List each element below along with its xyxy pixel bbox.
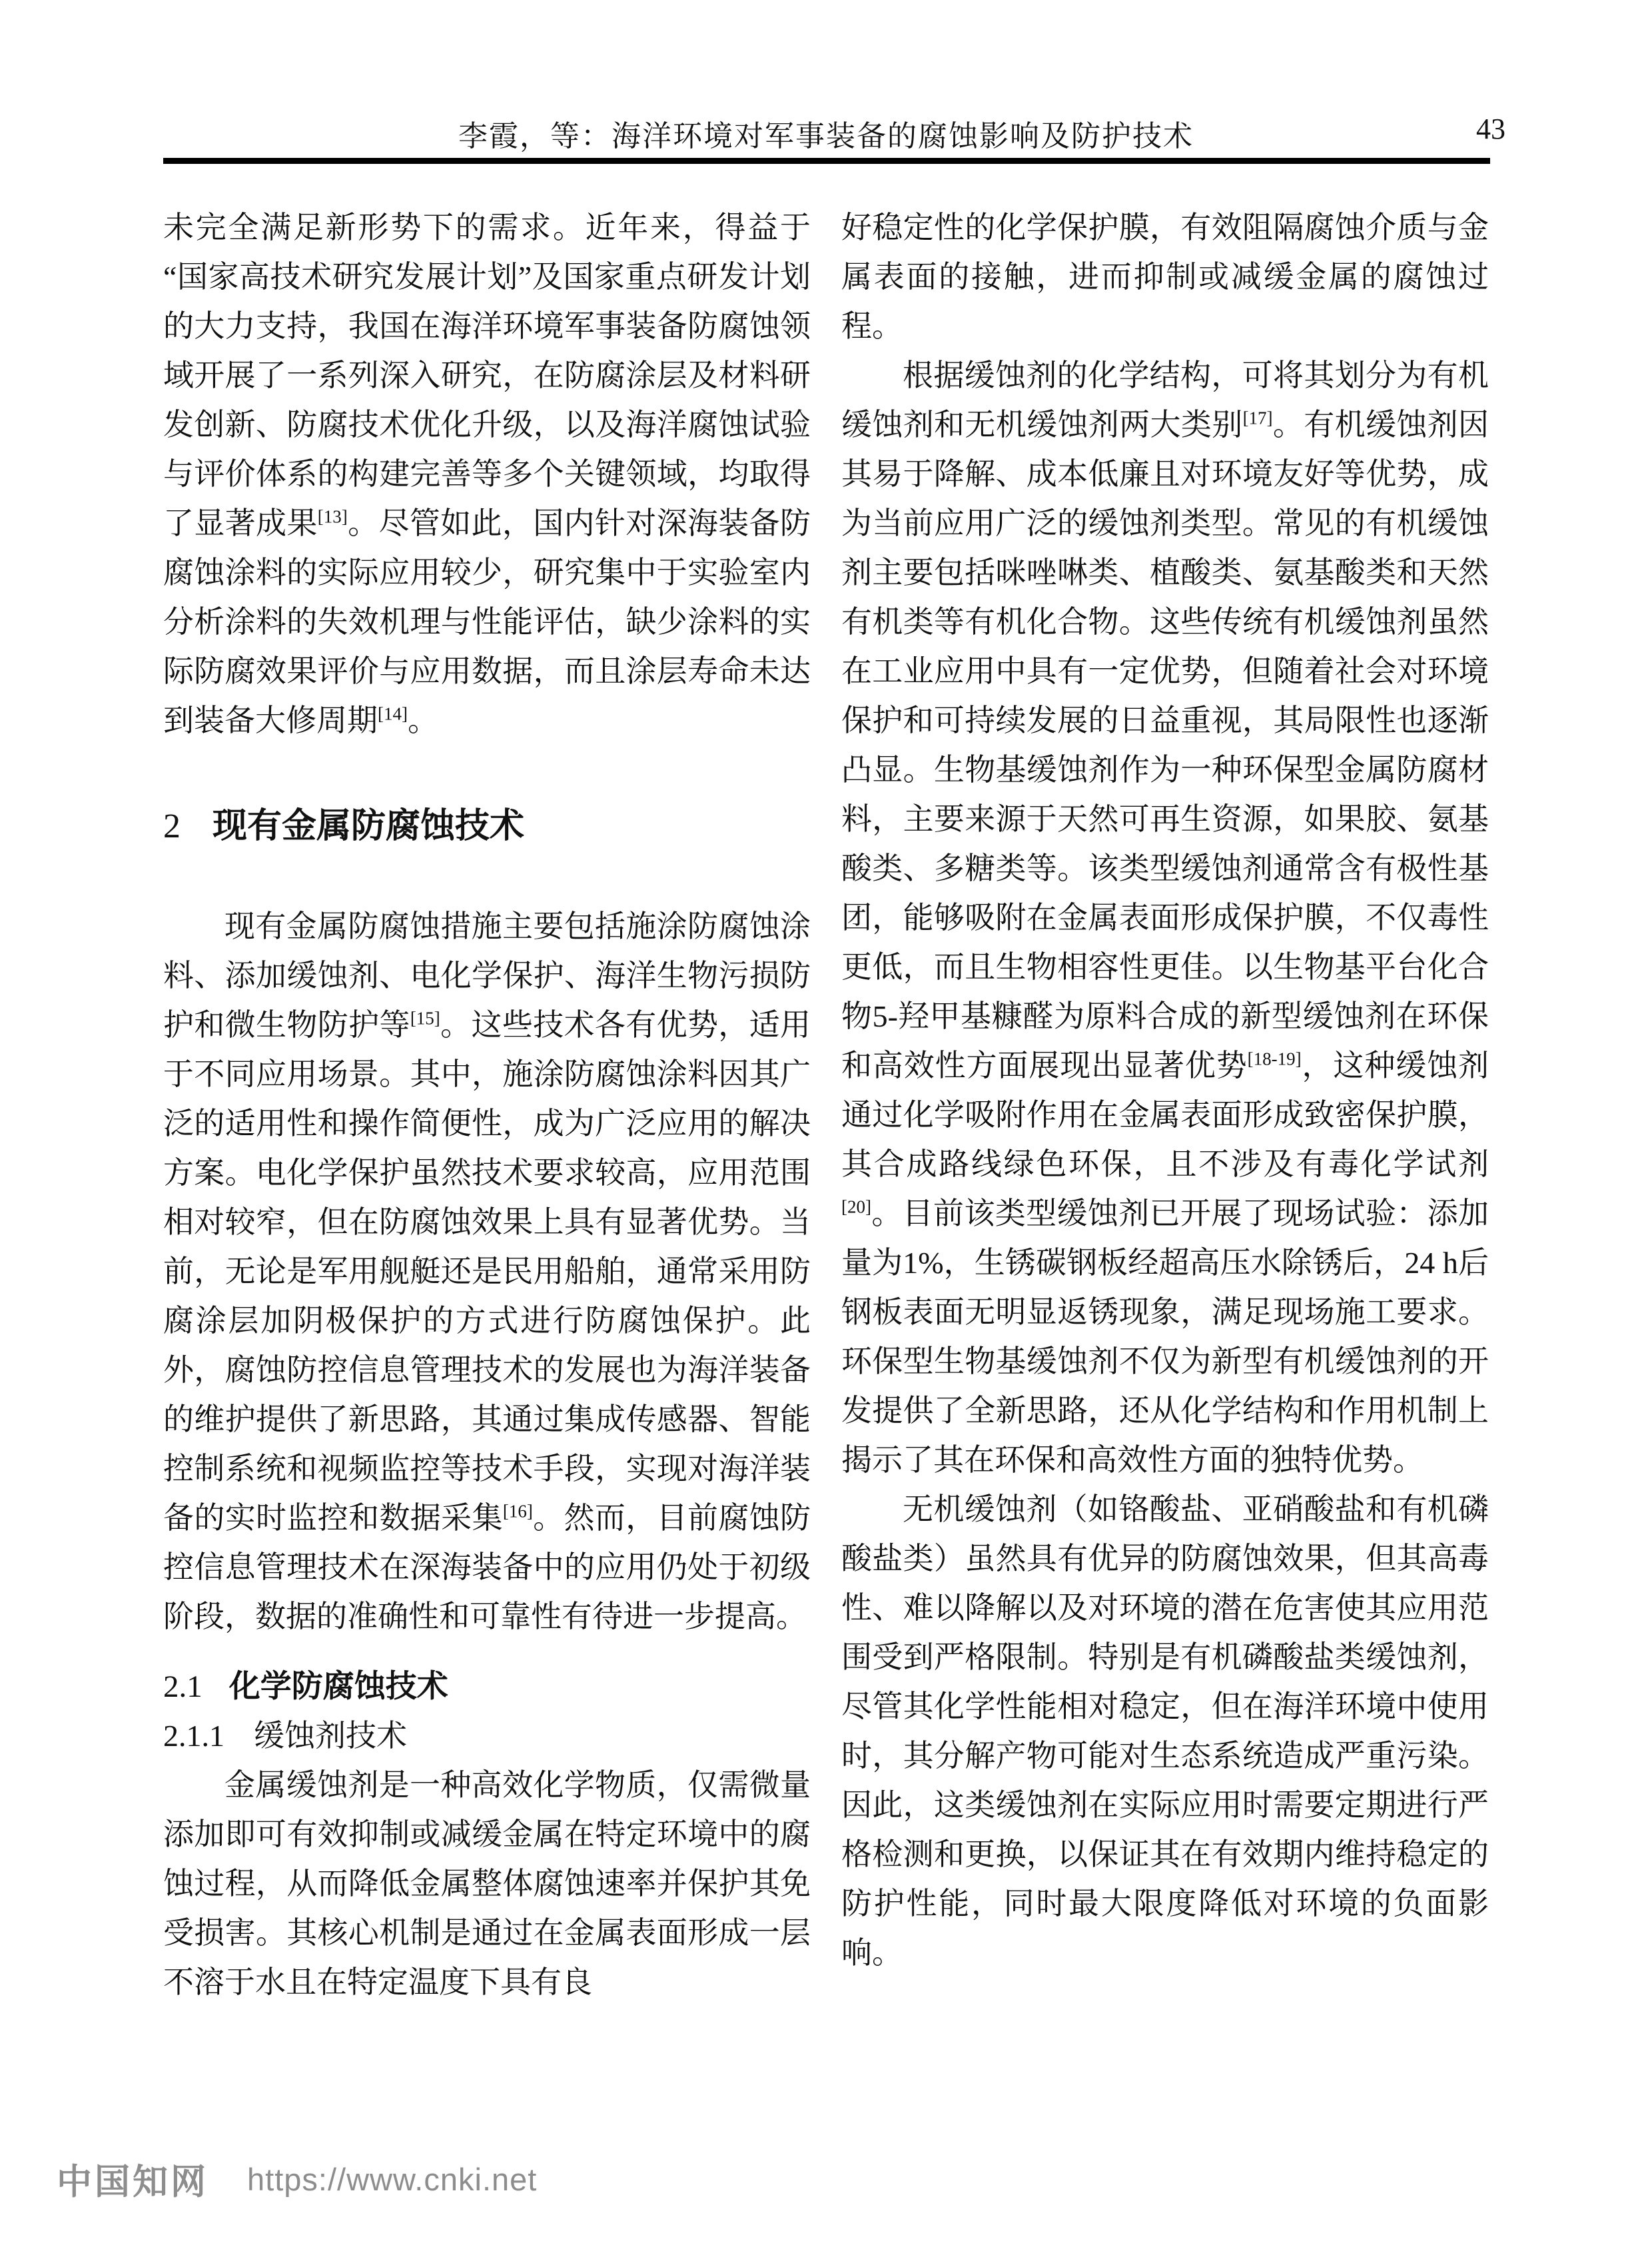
journal-page-scan: 李霞，等：海洋环境对军事装备的腐蚀影响及防护技术 43 未完全满足新形势下的需求… (0, 0, 1652, 2243)
section-number: 2.1 (163, 1669, 203, 1704)
section-heading-2-1: 2.1化学防腐蚀技术 (163, 1661, 811, 1711)
section-heading-2-1-1: 2.1.1缓蚀剂技术 (163, 1711, 811, 1761)
citation-ref: [20] (841, 1197, 871, 1217)
section-title: 化学防腐蚀技术 (229, 1668, 448, 1703)
paragraph: 好稳定性的化学保护膜，有效阻隔腐蚀介质与金属表面的接触，进而抑制或减缓金属的腐蚀… (841, 203, 1489, 351)
paragraph: 根据缓蚀剂的化学结构，可将其划分为有机缓蚀剂和无机缓蚀剂两大类别[17]。有机缓… (841, 351, 1489, 1485)
section-number: 2 (163, 807, 181, 845)
right-column: 好稳定性的化学保护膜，有效阻隔腐蚀介质与金属表面的接触，进而抑制或减缓金属的腐蚀… (841, 203, 1489, 1978)
cnki-url-link[interactable]: https://www.cnki.net (247, 2161, 537, 2198)
paragraph: 现有金属防腐蚀措施主要包括施涂防腐蚀涂料、添加缓蚀剂、电化学保护、海洋生物污损防… (163, 902, 811, 1641)
citation-ref: [15] (410, 1009, 440, 1029)
citation-ref: [16] (503, 1502, 533, 1522)
citation-ref: [18-19] (1248, 1049, 1302, 1069)
paragraph: 未完全满足新形势下的需求。近年来，得益于“国家高技术研究发展计划”及国家重点研发… (163, 203, 811, 745)
citation-ref: [13] (318, 507, 348, 527)
citation-ref: [17] (1243, 408, 1273, 428)
paragraph: 金属缓蚀剂是一种高效化学物质，仅需微量添加即可有效抑制或减缓金属在特定环境中的腐… (163, 1761, 811, 2007)
section-number: 2.1.1 (163, 1719, 224, 1753)
section-title: 缓蚀剂技术 (254, 1719, 407, 1753)
left-column: 未完全满足新形势下的需求。近年来，得益于“国家高技术研究发展计划”及国家重点研发… (163, 203, 811, 2007)
section-title: 现有金属防腐蚀技术 (212, 807, 524, 845)
page-number: 43 (1439, 112, 1505, 146)
citation-ref: [14] (378, 704, 408, 724)
paragraph: 无机缓蚀剂（如铬酸盐、亚硝酸盐和有机磷酸盐类）虽然具有优异的防腐蚀效果，但其高毒… (841, 1485, 1489, 1978)
header-rule (163, 158, 1490, 164)
running-head-title: 李霞，等：海洋环境对军事装备的腐蚀影响及防护技术 (0, 112, 1652, 155)
page-footer: 中国知网 https://www.cnki.net (57, 2154, 537, 2204)
cnki-logo: 中国知网 (57, 2154, 208, 2204)
section-heading-2: 2现有金属防腐蚀技术 (163, 801, 811, 851)
